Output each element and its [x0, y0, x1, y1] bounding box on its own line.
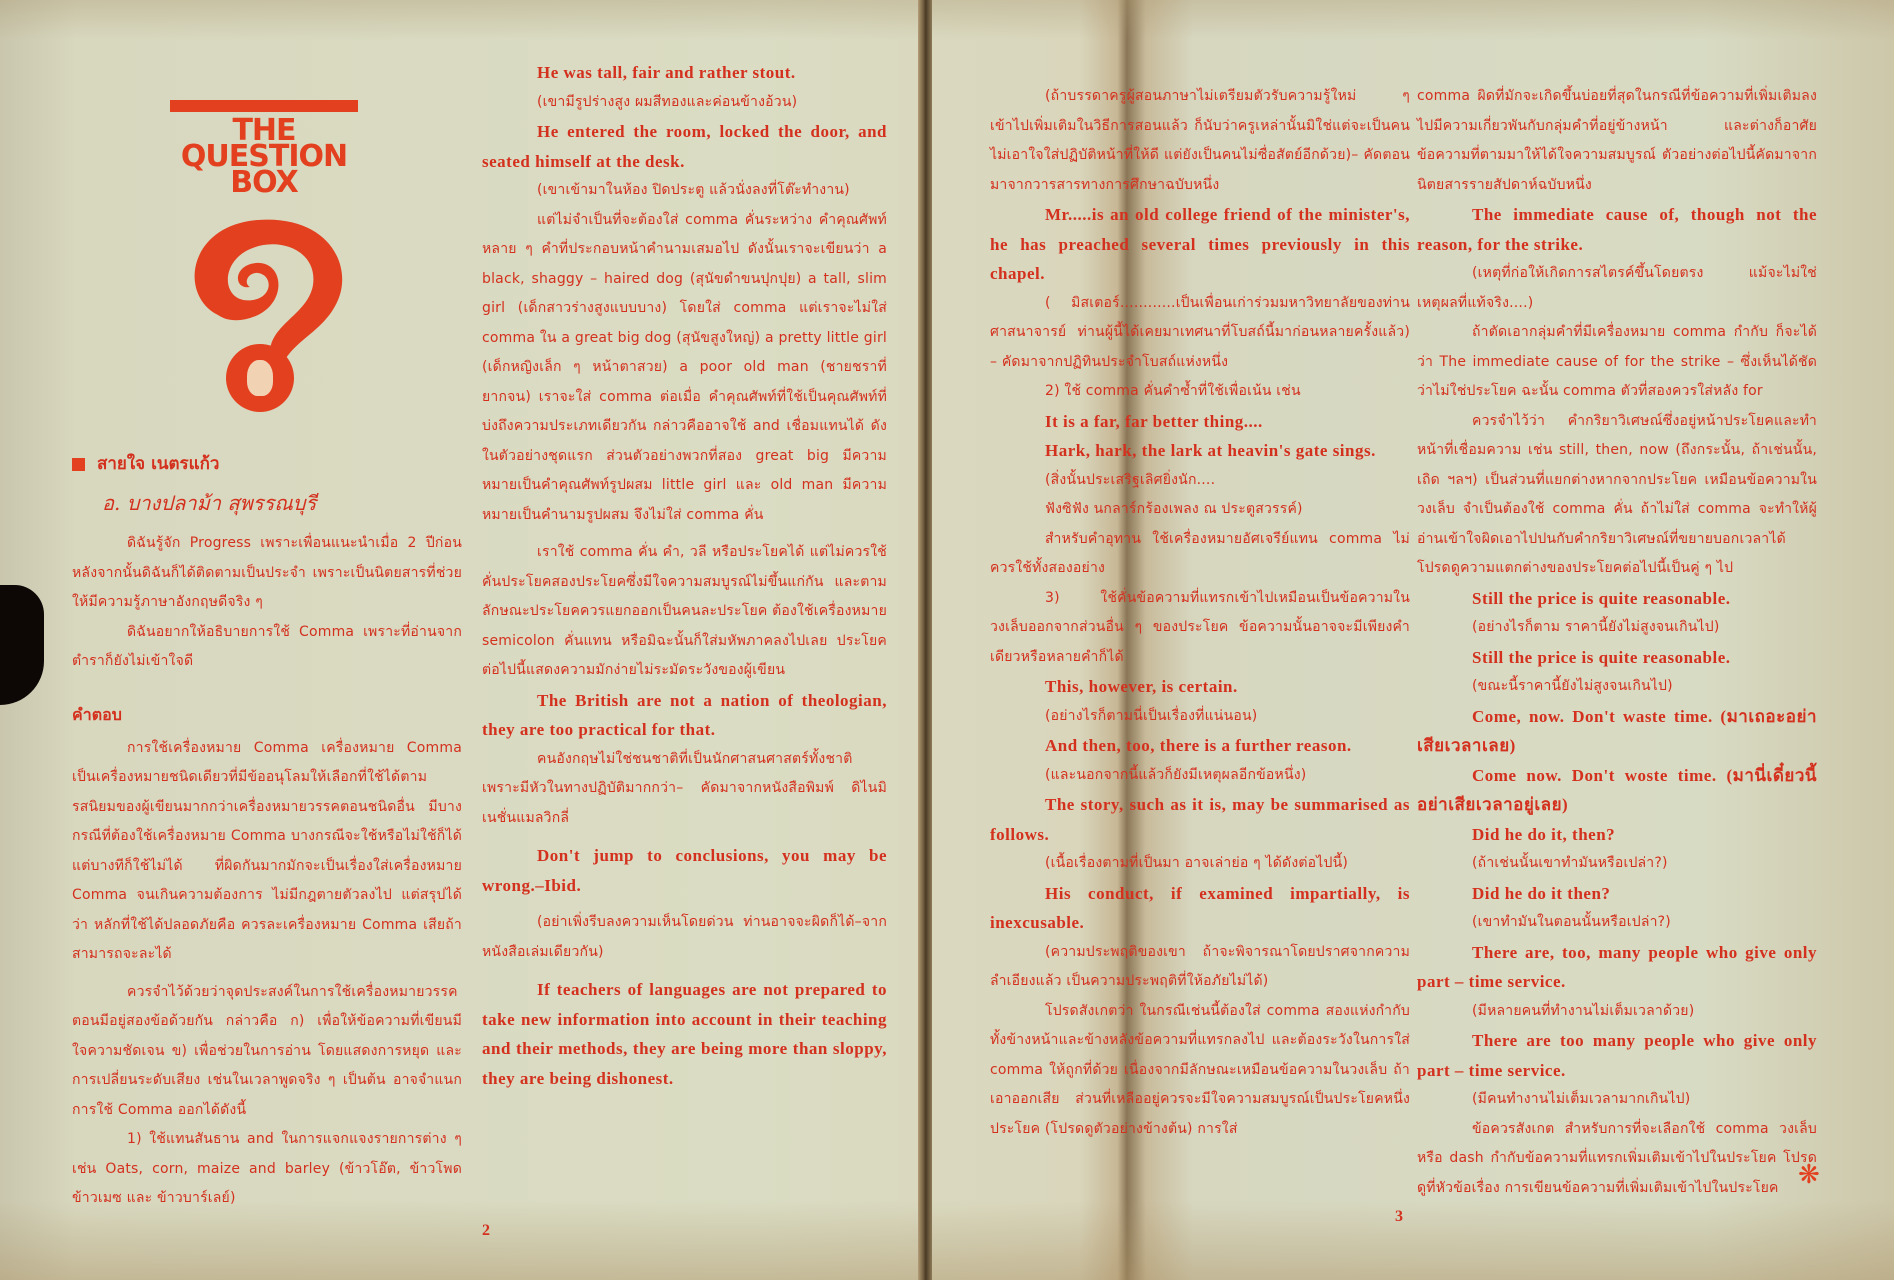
example-sentence: The British are not a nation of theologi… — [482, 686, 887, 745]
example-sentence: Still the price is quite reasonable. — [1417, 584, 1817, 614]
page-number-right: 3 — [1395, 1208, 1403, 1226]
translation: (อย่างไรก็ตาม ราคานี้ยังไม่สูงจนเกินไป) — [1417, 613, 1817, 643]
explanation-paragraph: แต่ไม่จำเป็นที่จะต้องใส่ comma คั่นระหว่… — [482, 206, 887, 531]
explanation-paragraph: เราใช้ comma คั่น คำ, วลี หรือประโยคได้ … — [482, 538, 887, 686]
question-block: สายใจ เนตรแก้ว อ. บางปลาม้า สุพรรณบุรี ด… — [72, 450, 462, 1214]
translation: (ขณะนี้ราคานี้ยังไม่สูงจนเกินไป) — [1417, 672, 1817, 702]
example-sentence: Come now. Don't woste time. (มานี่เดี๋ยว… — [1417, 761, 1817, 820]
right-page-column-2: comma ผิดที่มักจะเกิดขึ้นบ่อยที่สุดในกรณ… — [1417, 82, 1817, 1203]
example-sentence: He entered the room, locked the door, an… — [482, 117, 887, 176]
translation: (เขาทำมันในตอนนั้นหรือเปล่า?) — [1417, 908, 1817, 938]
translation: (เขามีรูปร่างสูง ผมสีทองและค่อนข้างอ้วน) — [482, 88, 887, 118]
example-sentence: His conduct, if examined impartially, is… — [990, 879, 1410, 938]
example-sentence: Did he do it, then? — [1417, 820, 1817, 850]
question-paragraph: ดิฉันรู้จัก Progress เพราะเพื่อนแนะนำเมื… — [72, 529, 462, 618]
translation: (เนื้อเรื่องตามที่เป็นมา อาจเล่าย่อ ๆ ได… — [990, 849, 1410, 879]
left-page: THE QUESTION BOX สายใจ เนตรแก้ว อ. บางปล… — [0, 0, 925, 1280]
answer-text: การใช้เครื่องหมาย Comma เครื่องหมาย Comm… — [72, 734, 462, 1214]
example-sentence: And then, too, there is a further reason… — [990, 731, 1410, 761]
right-page: (ถ้าบรรดาครูผู้สอนภาษาไม่เตรียมตัวรับควา… — [935, 0, 1894, 1280]
translation: (มีหลายคนที่ทำงานไม่เต็มเวลาด้วย) — [1417, 997, 1817, 1027]
explanation-paragraph: สำหรับคำอุทาน ใช้เครื่องหมายอัศเจรีย์แทน… — [990, 525, 1410, 584]
rule-heading: 3) ใช้คั่นข้อความที่แทรกเข้าไปเหมือนเป็น… — [990, 584, 1410, 673]
example-sentence: There are too many people who give only … — [1417, 1026, 1817, 1085]
explanation-paragraph: โปรดสังเกตว่า ในกรณีเช่นนี้ต้องใส่ comma… — [990, 997, 1410, 1145]
example-sentence: It is a far, far better thing.... — [990, 407, 1410, 437]
answer-heading: คำตอบ — [72, 703, 462, 728]
portrait-face — [247, 360, 273, 396]
explanation-paragraph: ข้อควรสังเกต สำหรับการที่จะเลือกใช้ comm… — [1417, 1115, 1817, 1204]
explanation-paragraph: ถ้าตัดเอากลุ่มคำที่มีเครื่องหมาย comma ก… — [1417, 318, 1817, 407]
example-sentence: The story, such as it is, may be summari… — [990, 790, 1410, 849]
example-sentence: Hark, hark, the lark at heavin's gate si… — [990, 436, 1410, 466]
logo-text: THE QUESTION BOX — [170, 118, 358, 196]
example-sentence: The immediate cause of, though not the r… — [1417, 200, 1817, 259]
example-sentence: Did he do it then? — [1417, 879, 1817, 909]
author-location: อ. บางปลาม้า สุพรรณบุรี — [102, 487, 462, 519]
author-name: สายใจ เนตรแก้ว — [97, 454, 219, 474]
example-sentence: Mr.....is an old college friend of the m… — [990, 200, 1410, 289]
translation: (และนอกจากนี้แล้วก็ยังมีเหตุผลอีกข้อหนึ่… — [990, 761, 1410, 791]
example-sentence: There are, too, many people who give onl… — [1417, 938, 1817, 997]
translation: (ความประพฤติของเขา ถ้าจะพิจารณาโดยปราศจา… — [990, 938, 1410, 997]
page-number-left: 2 — [482, 1222, 490, 1240]
example-sentence: Still the price is quite reasonable. — [1417, 643, 1817, 673]
answer-paragraph: 1) ใช้แทนสันธาน and ในการแจกแจงรายการต่า… — [72, 1125, 462, 1214]
left-page-column-2: He was tall, fair and rather stout. (เขา… — [482, 58, 887, 1093]
translation: (ถ้าบรรดาครูผู้สอนภาษาไม่เตรียมตัวรับควา… — [990, 82, 1410, 200]
question-box-logo: THE QUESTION BOX — [170, 100, 358, 196]
translation: (สิ่งนั้นประเสริฐเลิศยิ่งนัก.... — [990, 466, 1410, 496]
rule-heading: 2) ใช้ comma คั่นคำซ้ำที่ใช้เพื่อเน้น เช… — [990, 377, 1410, 407]
magazine-spread: THE QUESTION BOX สายใจ เนตรแก้ว อ. บางปล… — [0, 0, 1894, 1280]
explanation-paragraph: ควรจำไว้ว่า คำกริยาวิเศษณ์ซึ่งอยู่หน้าปร… — [1417, 407, 1817, 584]
question-paragraph: ดิฉันอยากให้อธิบายการใช้ Comma เพราะที่อ… — [72, 618, 462, 677]
logo-bar — [170, 100, 358, 112]
example-sentence: He was tall, fair and rather stout. — [482, 58, 887, 88]
answer-paragraph: ควรจำไว้ด้วยว่าจุดประสงค์ในการใช้เครื่อง… — [72, 978, 462, 1126]
translation: (อย่าเพิ่งรีบลงความเห็นโดยด่วน ท่านอาจจะ… — [482, 908, 887, 967]
translation: (เขาเข้ามาในห้อง ปิดประตู แล้วนั่งลงที่โ… — [482, 176, 887, 206]
example-sentence: This, however, is certain. — [990, 672, 1410, 702]
translation: (เหตุที่ก่อให้เกิดการสไตรค์ขึ้นโดยตรง แม… — [1417, 259, 1817, 318]
translation: (อย่างไรก็ตามนี่เป็นเรื่องที่แน่นอน) — [990, 702, 1410, 732]
example-sentence: If teachers of languages are not prepare… — [482, 975, 887, 1093]
example-sentence: Come, now. Don't waste time. (มาเถอะอย่า… — [1417, 702, 1817, 761]
translation: (ถ้าเช่นนั้นเขาทำมันหรือเปล่า?) — [1417, 849, 1817, 879]
end-mark-icon: ❋ — [1798, 1160, 1820, 1190]
translation: คนอังกฤษไม่ใช่ชนชาติที่เป็นนักศาสนศาสตร์… — [482, 745, 887, 834]
explanation-paragraph: comma ผิดที่มักจะเกิดขึ้นบ่อยที่สุดในกรณ… — [1417, 82, 1817, 200]
example-sentence: Don't jump to conclusions, you may be wr… — [482, 841, 887, 900]
translation: (มีคนทำงานไม่เต็มเวลามากเกินไป) — [1417, 1085, 1817, 1115]
answer-paragraph: การใช้เครื่องหมาย Comma เครื่องหมาย Comm… — [72, 734, 462, 970]
translation: ฟังซิฟัง นกลาร์กร้องเพลง ณ ประตูสวรรค์) — [990, 495, 1410, 525]
bullet-square-icon — [72, 458, 85, 471]
right-page-column-1: (ถ้าบรรดาครูผู้สอนภาษาไม่เตรียมตัวรับควา… — [990, 82, 1410, 1144]
author-portrait — [226, 344, 294, 412]
translation: ( มิสเตอร์............เป็นเพื่อนเก่าร่วม… — [990, 289, 1410, 378]
author-name-row: สายใจ เนตรแก้ว — [72, 450, 462, 477]
question-text: ดิฉันรู้จัก Progress เพราะเพื่อนแนะนำเมื… — [72, 529, 462, 677]
